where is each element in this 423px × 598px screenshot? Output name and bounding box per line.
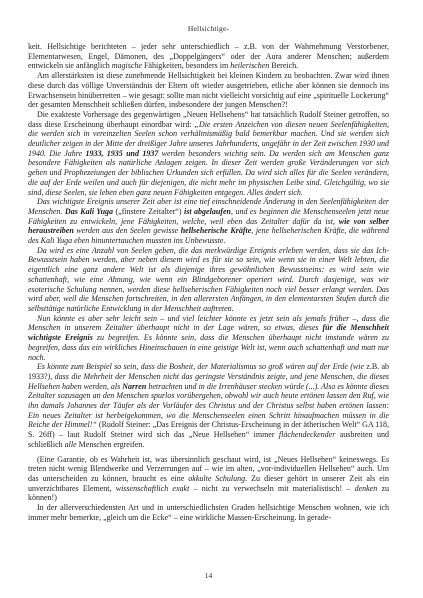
text-segment: In der allerverschiedensten Art und in u… — [28, 503, 389, 522]
text-segment: flächendeckender — [279, 430, 335, 439]
text-segment: denken — [355, 484, 378, 493]
text-column: keit. Hellsichtige berichteten – jeder s… — [28, 42, 389, 522]
text-segment: Menschen ergreifen. — [77, 440, 145, 449]
paragraph: Das wichtigste Ereignis unserer Zeit abe… — [28, 197, 389, 246]
text-segment: – nicht zu verwechseln mit materialistis… — [189, 484, 354, 493]
paragraph: Es könnte zum Beispiel so sein, dass die… — [28, 362, 389, 449]
text-segment: ist abgelaufen — [184, 207, 231, 216]
paragraph: In der allerverschiedensten Art und in u… — [28, 503, 389, 522]
text-segment: Das Kali Yuga — [65, 207, 113, 216]
text-segment: Es könnte zum Beispiel so sein, dass die… — [37, 362, 366, 371]
text-segment: 1933, 1935 und 1937 — [85, 149, 158, 158]
text-segment: („finstere Zeitalter“) — [113, 207, 184, 216]
text-segment: Narren — [122, 382, 146, 391]
paragraph: Nun könnte es aber sehr leicht sein – un… — [28, 314, 389, 363]
paragraph: Da wird es eine Anzahl von Seelen geben,… — [28, 246, 389, 314]
running-header: Hellsichtige- — [28, 24, 389, 33]
paragraph: Die exakteste Vorhersage des gegenwärtig… — [28, 110, 389, 197]
text-segment: hellseherische Kräfte — [181, 226, 252, 235]
text-segment: magische — [112, 61, 142, 70]
text-segment: okkulte Schulung — [188, 474, 245, 483]
text-segment: Am allerstärksten ist diese zunehmende H… — [28, 71, 389, 109]
text-segment: alle — [65, 440, 77, 449]
text-segment: Bereich. — [269, 61, 298, 70]
scanned-book-page: Hellsichtige- keit. Hellsichtige bericht… — [0, 0, 423, 598]
text-segment: Da wird es eine Anzahl von Seelen geben,… — [28, 246, 389, 313]
paragraph: Am allerstärksten ist diese zunehmende H… — [28, 71, 389, 110]
paragraph: keit. Hellsichtige berichteten – jeder s… — [28, 42, 389, 71]
page-number: 14 — [28, 571, 389, 580]
paragraph: (Eine Garantie, ob es Wahrheit ist, was … — [28, 455, 389, 504]
text-segment: heilerischen — [230, 61, 269, 70]
text-segment: werden aus den Seelen gewisse — [74, 226, 181, 235]
text-segment: wissenschaftlich exakt — [116, 484, 190, 493]
text-segment: Fähigkeiten, besonders im — [142, 61, 230, 70]
